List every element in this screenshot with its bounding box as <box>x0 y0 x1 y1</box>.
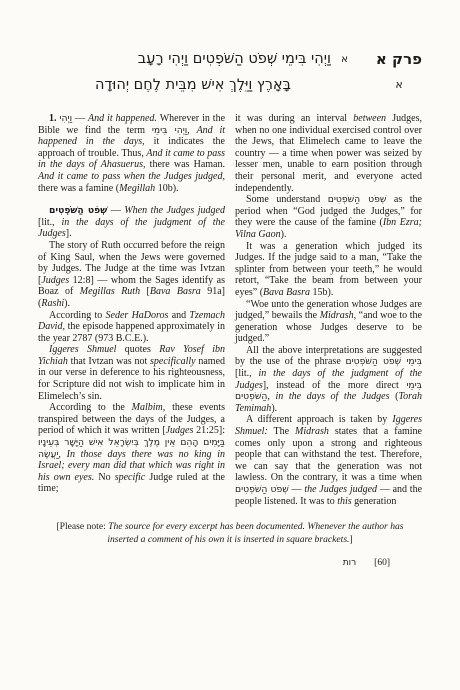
commentary-paragraph: 1. וַיְהִי — And it happened. Wherever i… <box>38 113 225 194</box>
commentary-paragraph: A different approach is taken by Iggeres… <box>235 414 422 507</box>
commentary-paragraph: שְׁפֹט הַשֹּׁפְטִים — When the Judges ju… <box>38 205 225 240</box>
commentary-paragraph: it was during an interval between Judges… <box>235 113 422 194</box>
chapter-letter: א <box>376 72 422 98</box>
verse-margin: פרק א א <box>348 46 422 98</box>
commentary-paragraph: Iggeres Shmuel quotes Rav Yosef ibn Yich… <box>38 344 225 402</box>
verse-number: א <box>341 53 348 65</box>
commentary-columns: 1. וַיְהִי — And it happened. Wherever i… <box>38 113 422 507</box>
book-page: פרק א א אוַיְהִי בִּימֵי שְׁפֹט הַשֹּׁפְ… <box>0 0 460 690</box>
commentary-paragraph: All the above interpretations are sugges… <box>235 345 422 415</box>
verse-line-2: בָּאָרֶץ וַיֵּלֶךְ אִישׁ מִבֵּית לֶחֶם י… <box>38 72 348 98</box>
commentary-paragraph: It was a generation which judged its Jud… <box>235 241 422 299</box>
page-number: [60] <box>374 558 390 568</box>
commentary-paragraph: According to the Malbim, these events tr… <box>38 402 225 495</box>
hebrew-verse-block: פרק א א אוַיְהִי בִּימֵי שְׁפֹט הַשֹּׁפְ… <box>38 46 422 98</box>
commentary-paragraph: “Woe unto the generation whose Judges ar… <box>235 299 422 345</box>
left-column: 1. וַיְהִי — And it happened. Wherever i… <box>38 113 225 507</box>
page-footer: רות [60] <box>38 558 422 568</box>
commentary-paragraph: Some understand שְׁפֹט הַשֹּׁפְטִים as t… <box>235 194 422 240</box>
publisher-note: [Please note: The source for every excer… <box>38 521 422 546</box>
commentary-paragraph: According to Seder HaDoros and Tzemach D… <box>38 310 225 345</box>
commentary-paragraph: The story of Ruth occurred before the re… <box>38 240 225 310</box>
right-column: it was during an interval between Judges… <box>235 113 422 507</box>
verse-line-1-text: וַיְהִי בִּימֵי שְׁפֹט הַשֹּׁפְטִים וַיְ… <box>138 51 331 67</box>
book-title-hebrew: רות <box>343 558 356 568</box>
chapter-heading: פרק א <box>348 46 422 72</box>
verse-text: אוַיְהִי בִּימֵי שְׁפֹט הַשֹּׁפְטִים וַי… <box>38 46 348 98</box>
verse-line-1: אוַיְהִי בִּימֵי שְׁפֹט הַשֹּׁפְטִים וַי… <box>38 46 348 72</box>
